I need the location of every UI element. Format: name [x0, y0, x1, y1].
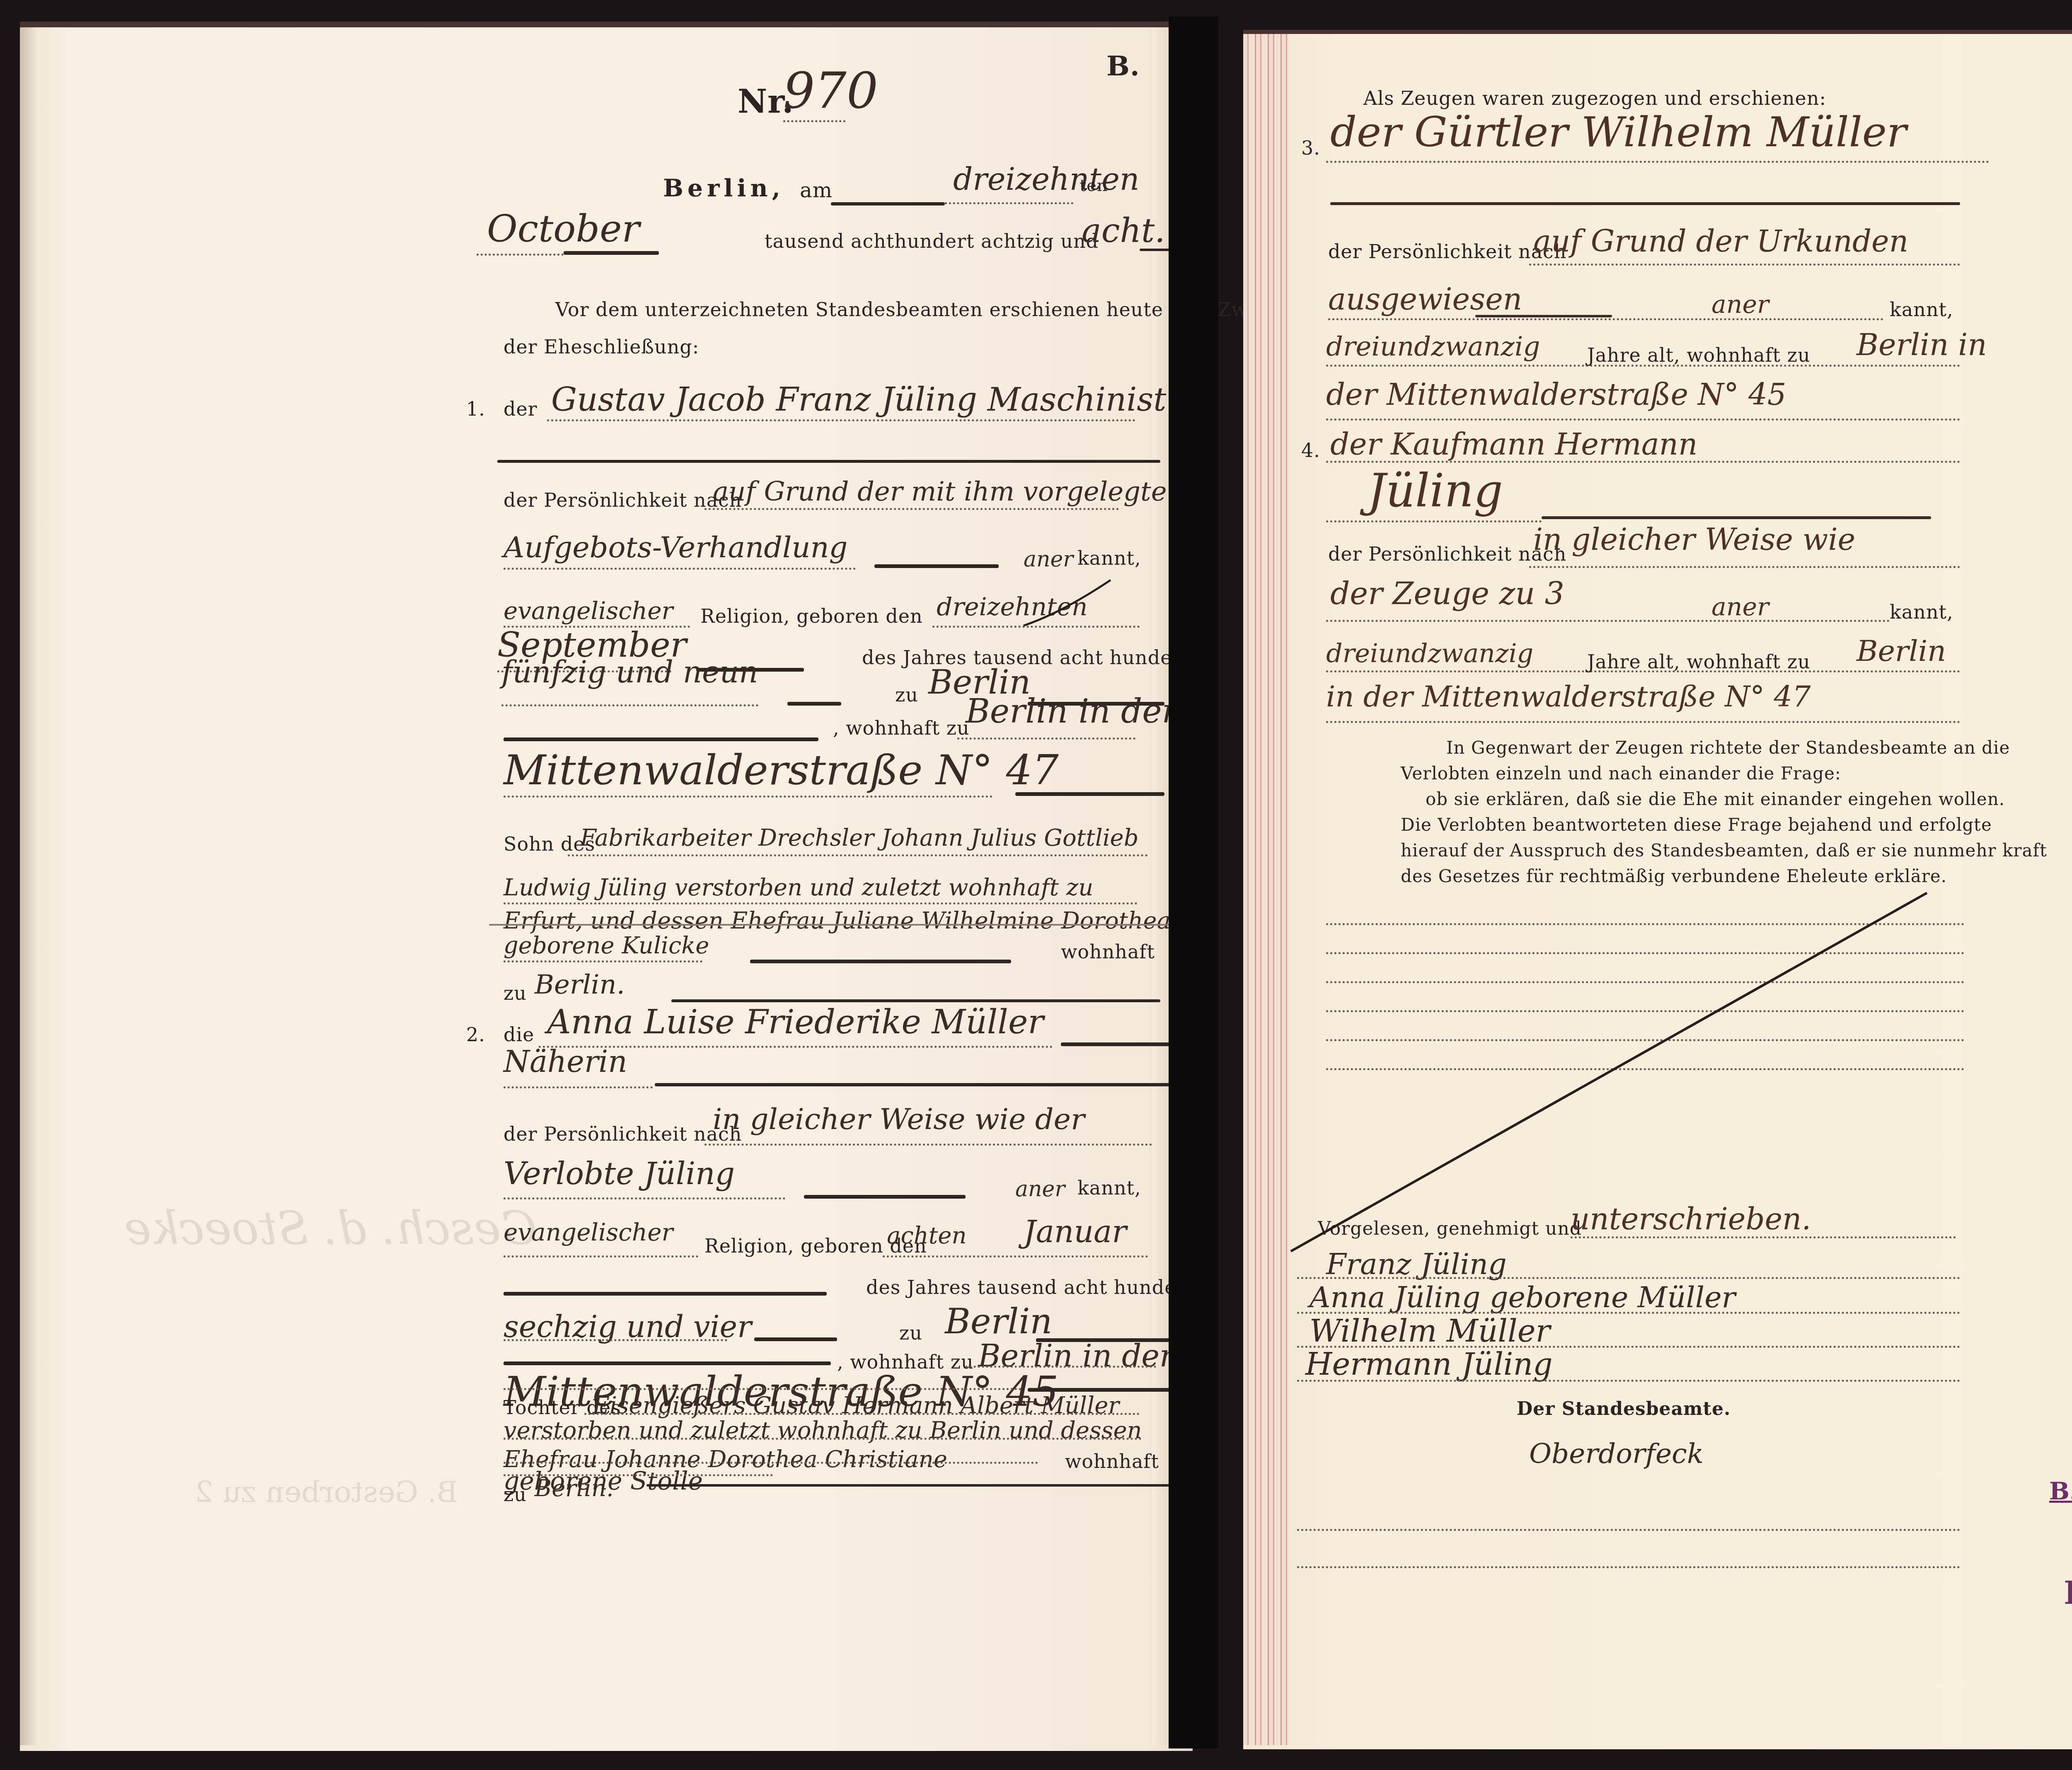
date-month-bar: [564, 251, 659, 255]
approval-label: Vorgelesen, genehmigt und: [1318, 1218, 1582, 1239]
witness3-ident-suffix: kannt,: [1890, 298, 1953, 321]
left-page-outer-edge: [20, 27, 36, 1745]
party1-parents-hand-2: Ludwig Jüling verstorben und zuletzt woh…: [503, 874, 1093, 901]
party2-religion-line: [503, 1255, 698, 1257]
witness3-ident-hand-3: aner: [1711, 290, 1769, 319]
date-year-bar: [1140, 249, 1179, 251]
bleed-through-stamp: B. Gestorben zu 2: [195, 1475, 458, 1509]
ceremony-line-6: des Gesetzes für rechtmäßig verbundene E…: [1401, 866, 1947, 886]
witness3-ident-line-2: [1328, 318, 1883, 320]
bleed-through-text: Gesch. d. Stoecke: [124, 1202, 537, 1255]
party2-name-bar: [1061, 1042, 1173, 1046]
signature-witness4: Hermann Jüling: [1305, 1347, 1553, 1382]
party1-ident-hand-3: aner: [1024, 547, 1073, 572]
party1-residence-bar-2: [1015, 792, 1164, 796]
witness3-name-bar: [1330, 202, 1960, 205]
register-number-value: 970: [783, 62, 878, 120]
party2-parents-residence-bar: [646, 1484, 1177, 1487]
party2-name: Anna Luise Friederike Müller: [547, 1003, 1044, 1041]
party1-name: Gustav Jacob Franz Jüling Maschinist: [551, 381, 1167, 418]
witness3-name-line: [1326, 161, 1989, 163]
party2-ident-line-1: [704, 1144, 1152, 1146]
party2-residence-line-2: [503, 1388, 1021, 1390]
am-label: am: [800, 178, 833, 202]
signature-line-4: [1297, 1380, 1960, 1382]
party1-birth-day-line: [932, 626, 1140, 628]
witness4-residence-1: Berlin: [1857, 634, 1946, 668]
party1-residence-line-1: [957, 737, 1135, 740]
party1-ident-bar: [874, 564, 999, 568]
stamp-prefix: B.: [2049, 1477, 2072, 1505]
right-page-stacked-edges: [1243, 34, 1289, 1745]
party2-birth-year-label: des Jahres tausend acht hundert: [866, 1276, 1194, 1298]
register-number-line: [783, 120, 845, 122]
party1-religion-label: Religion, geboren den: [700, 605, 923, 627]
party1-ident-suffix: kannt,: [1077, 547, 1141, 569]
party1-birth-year-line: [501, 704, 758, 706]
party1-ident-hand-1: auf Grund der mit ihm vorgelegten: [713, 476, 1184, 507]
corner-letter: B.: [1106, 50, 1140, 82]
signature-witness3: Wilhelm Müller: [1310, 1313, 1550, 1349]
party2-ident-bar: [804, 1195, 966, 1199]
party2-birth-day-line: [883, 1255, 1148, 1257]
party2-residence-bar-2: [1028, 1388, 1173, 1392]
party2-birth-place-label: zu: [899, 1322, 922, 1344]
party1-parents-hand-4: geborene Kulicke: [503, 932, 709, 959]
signature-groom: Franz Jüling: [1326, 1247, 1507, 1281]
party2-birth-month: Januar: [1024, 1214, 1127, 1250]
party2-residence-bar: [503, 1361, 831, 1365]
ceremony-line-5: hierauf der Ausspruch des Standesbeamten…: [1401, 840, 2047, 861]
witness4-name-line-2: [1326, 520, 1542, 522]
officer-signature: Oberdorfeck: [1529, 1438, 1704, 1470]
officer-label: Der Standesbeamte.: [1517, 1398, 1731, 1419]
intro-line-1: Vor dem unterzeichneten Standesbeamten e…: [555, 298, 1283, 321]
signature-bride: Anna Jüling geborene Müller: [1310, 1280, 1736, 1314]
ceremony-line-1: In Gegenwart der Zeugen richtete der Sta…: [1446, 737, 2010, 758]
left-page-gutter-edge: [1152, 27, 1189, 1745]
witness3-ident-label: der Persönlichkeit nach: [1328, 240, 1566, 263]
party1-residence-hand-1: Berlin in der: [966, 692, 1178, 730]
ceremony-line-3: ob sie erklären, daß sie die Ehe mit ein…: [1426, 789, 2005, 809]
party2-ident-hand-3: aner: [1015, 1177, 1065, 1202]
witness4-age-label: Jahre alt, wohnhaft zu: [1587, 650, 1811, 673]
party1-residence-line-2: [503, 796, 992, 798]
party1-parents-residence-label: wohnhaft: [1061, 941, 1155, 963]
party1-parents-line-1: [568, 854, 1148, 856]
place-label: Berlin,: [663, 174, 784, 202]
witness4-ident-hand-1: in gleicher Weise wie: [1533, 522, 1855, 557]
party1-article: der: [503, 398, 537, 420]
date-year-label: tausend achthundert achtzig und: [765, 230, 1099, 252]
party2-occupation: Näherin: [503, 1044, 627, 1079]
date-day-hand: dreizehnten: [953, 162, 1140, 197]
party1-birth-year-hand: fünfzig und neun: [501, 655, 758, 689]
witness3-residence-line: [1326, 418, 1960, 421]
blank-line-1: [1326, 923, 1964, 925]
party2-religion-hand: evangelischer: [503, 1218, 673, 1246]
witness4-ident-hand-2: der Zeuge zu 3: [1330, 576, 1564, 612]
party1-residence-hand-2: Mittenwalderstraße N° 47: [503, 746, 1059, 794]
witness4-residence-line: [1326, 721, 1960, 723]
witness4-ident-label: der Persönlichkeit nach: [1328, 543, 1566, 565]
witness3-index: 3.: [1301, 137, 1320, 159]
witness4-ident-line-2: [1326, 620, 1890, 622]
blank-line-6: [1326, 1068, 1964, 1070]
date-month-hand: October: [487, 207, 639, 251]
party2-parents-line-2: [503, 1438, 1142, 1440]
witness3-ident-bar: [1475, 315, 1612, 317]
witness3-residence-2: der Mittenwalderstraße N° 45: [1326, 377, 1786, 412]
party1-parents-line-2: [503, 902, 1138, 904]
date-month-line: [477, 254, 564, 256]
party2-parents-hand-2: verstorben und zuletzt wohnhaft zu Berli…: [503, 1417, 1142, 1444]
party2-birth-place: Berlin: [945, 1301, 1052, 1342]
witness4-name-1: der Kaufmann Hermann: [1330, 427, 1697, 462]
witness4-name-bar: [1542, 516, 1931, 519]
party1-birth-place-label: zu: [895, 684, 918, 706]
party2-birth-day: achten: [887, 1222, 967, 1249]
party2-ident-hand-2: Verlobte Jüling: [503, 1156, 735, 1192]
witness3-age-label: Jahre alt, wohnhaft zu: [1587, 344, 1811, 366]
party1-religion-hand: evangelischer: [503, 597, 673, 625]
witness3-ident-line-1: [1529, 264, 1960, 266]
party2-parents-residence-prefix: zu: [503, 1483, 527, 1506]
blank-line-3: [1326, 981, 1964, 983]
witness3-age: dreiundzwanzig: [1326, 331, 1540, 362]
blank-line-5: [1326, 1039, 1964, 1041]
party2-index: 2.: [466, 1023, 485, 1046]
witness4-ident-line-1: [1529, 566, 1960, 568]
witness-intro: Als Zeugen waren zugezogen und erschiene…: [1363, 87, 1826, 109]
party1-parents-bar: [750, 960, 1011, 963]
party2-occupation-bar: [655, 1083, 1173, 1086]
blank-line-2: [1326, 952, 1964, 954]
approval-hand: unterschrieben.: [1571, 1202, 1811, 1236]
witness4-name-line-1: [1326, 461, 1960, 463]
party2-occupation-line: [503, 1086, 653, 1088]
date-day-suffix: ten: [1080, 176, 1108, 195]
witness4-index: 4.: [1301, 439, 1320, 462]
party1-name-bar: [497, 460, 1160, 463]
party1-parents-line-3: [489, 924, 1177, 926]
witness4-ident-hand-3: aner: [1711, 592, 1769, 621]
witness4-name-2: Jüling: [1368, 464, 1503, 517]
party1-ident-line-2: [503, 568, 856, 570]
party1-residence-label: , wohnhaft zu: [833, 717, 970, 739]
date-fill-bar: [831, 202, 945, 206]
party1-parents-residence-hand: Berlin.: [535, 970, 625, 1000]
party1-birth-year-bar: [787, 702, 841, 706]
party2-parents-hand-1: Eisengießers Gustav Hermann Albert Mülle…: [593, 1392, 1119, 1419]
party1-parents-hand-1: Fabrikarbeiter Drechsler Johann Julius G…: [580, 825, 1139, 851]
party2-birth-year-bar: [754, 1337, 837, 1341]
party2-birth-month-bar: [503, 1292, 827, 1296]
party2-ident-label: der Persönlichkeit nach: [503, 1123, 742, 1145]
witness3-name: der Gürtler Wilhelm Müller: [1330, 108, 1907, 156]
party1-ident-hand-2: Aufgebots-Verhandlung: [503, 530, 847, 564]
ceremony-line-4: Die Verlobten beantworteten diese Frage …: [1401, 815, 1992, 835]
party1-index: 1.: [466, 398, 485, 420]
party2-ident-suffix: kannt,: [1077, 1177, 1141, 1199]
witness3-ident-hand-1: auf Grund der Urkunden: [1533, 224, 1908, 259]
party2-parents-residence-hand: Berlin.: [535, 1475, 614, 1502]
officer-line: [1297, 1529, 1960, 1531]
witness4-age: dreiundzwanzig: [1326, 638, 1533, 668]
party1-name-line: [547, 419, 1135, 421]
party2-birth-year-line: [503, 1339, 727, 1341]
party1-birth-day: dreizehnten: [937, 592, 1087, 621]
witness3-residence-1: Berlin in: [1857, 327, 1987, 362]
party1-parents-hand-3: Erfurt, und dessen Ehefrau Juliane Wilhe…: [503, 907, 1171, 934]
approval-line: [1571, 1236, 1956, 1238]
party1-parents-residence-bar: [671, 999, 1160, 1002]
stamp-berlin: Berlin: [2064, 1574, 2072, 1611]
signature-line-1: [1297, 1277, 1960, 1279]
date-year-hand: acht.: [1082, 211, 1165, 250]
party2-ident-line-2: [503, 1197, 785, 1199]
blank-line-bottom: [1297, 1566, 1960, 1568]
ceremony-line-2: Verlobten einzeln und nach einander die …: [1401, 763, 1841, 783]
party2-parents-residence-label: wohnhaft: [1065, 1450, 1159, 1473]
party1-ident-line-1: [704, 508, 1119, 510]
witness3-ident-hand-2: ausgewiesen: [1328, 282, 1522, 317]
party2-ident-hand-1: in gleicher Weise wie der: [713, 1102, 1085, 1136]
witness4-residence-2: in der Mittenwalderstraße N° 47: [1326, 679, 1811, 713]
date-day-line: [945, 202, 1073, 204]
party1-parents-residence-prefix: zu: [503, 982, 527, 1004]
party1-residence-bar: [503, 737, 818, 741]
party2-parents-line-3: [503, 1462, 1038, 1464]
intro-line-2: der Eheschließung:: [503, 336, 699, 358]
blank-line-4: [1326, 1010, 1964, 1012]
witness4-ident-suffix: kannt,: [1890, 601, 1953, 623]
party1-parents-line-4: [503, 960, 702, 962]
party2-parents-line-1: [584, 1413, 1140, 1415]
party2-article: die: [503, 1023, 534, 1046]
